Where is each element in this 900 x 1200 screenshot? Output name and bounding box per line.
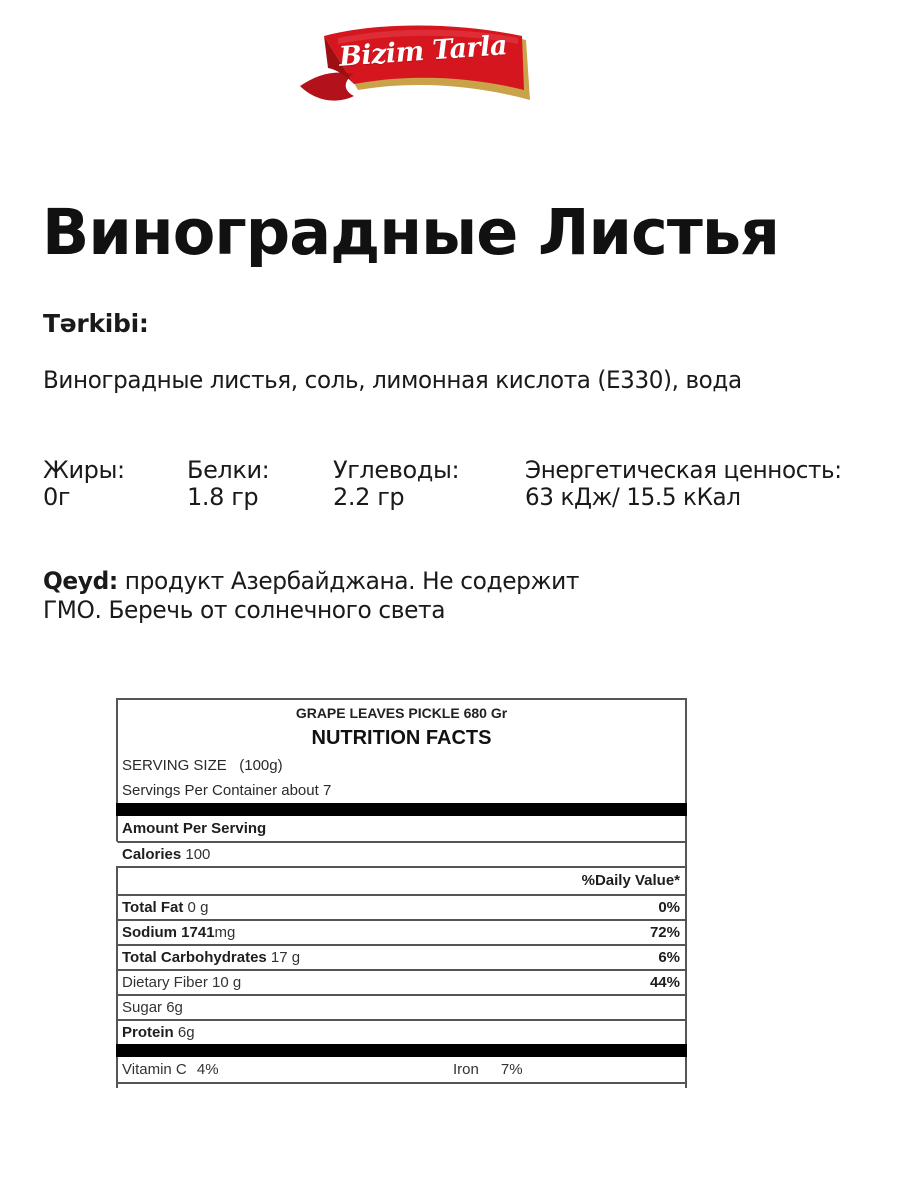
nutrient-row-dietary-fiber: Dietary Fiber 10 g 44% bbox=[116, 969, 687, 994]
daily-value-header: %Daily Value* bbox=[582, 868, 680, 894]
nutrient-daily-value: 0% bbox=[658, 896, 680, 919]
vitamins-row: Vitamin C 4% Iron7% bbox=[116, 1057, 687, 1082]
nutrient-row-sodium: Sodium 1741mg 72% bbox=[116, 919, 687, 944]
note-text: продукт Азербайджана. Не содержит ГМО. Б… bbox=[43, 567, 579, 624]
nutrient-name: Dietary Fiber 10 g bbox=[122, 974, 241, 991]
nutrient-row-sugar: Sugar 6g bbox=[116, 994, 687, 1019]
nutrient-row-total-fat: Total Fat 0 g 0% bbox=[116, 894, 687, 919]
nutrient-protein: Белки: 1.8 гр bbox=[187, 457, 269, 511]
nutrient-daily-value: 6% bbox=[658, 946, 680, 969]
nutrient-carbs: Углеводы: 2.2 гр bbox=[333, 457, 459, 511]
thick-divider bbox=[116, 803, 687, 816]
nutrient-label: Углеводы: bbox=[333, 457, 459, 484]
nutrient-value: 0г bbox=[43, 484, 125, 511]
nutrient-value: 2.2 гр bbox=[333, 484, 459, 511]
vitamin-c-label: Vitamin C bbox=[122, 1061, 187, 1078]
serving-size: SERVING SIZE (100g) bbox=[122, 757, 283, 774]
thick-divider bbox=[116, 1044, 687, 1057]
note-label: Qeyd: bbox=[43, 567, 118, 595]
product-line: GRAPE LEAVES PICKLE 680 Gr bbox=[118, 705, 685, 721]
brand-logo: Bizim Tarla bbox=[298, 24, 534, 106]
iron-value: 7% bbox=[501, 1061, 523, 1078]
nutrient-amount: 6g bbox=[174, 1024, 195, 1041]
nutrient-name: Protein bbox=[122, 1024, 174, 1041]
product-title: Виноградные Листья bbox=[42, 196, 779, 269]
daily-value-header-row: %Daily Value* bbox=[116, 866, 687, 894]
ingredients-text: Виноградные листья, соль, лимонная кисло… bbox=[43, 366, 742, 394]
nutrition-facts-header: GRAPE LEAVES PICKLE 680 Gr NUTRITION FAC… bbox=[116, 698, 687, 753]
nutrient-name: Sodium 1741 bbox=[122, 924, 215, 941]
product-note: Qeyd: продукт Азербайджана. Не содержит … bbox=[43, 567, 644, 625]
calories-label: Calories bbox=[122, 846, 181, 863]
nutrient-name: Sugar 6g bbox=[122, 999, 183, 1016]
nutrient-value: 1.8 гр bbox=[187, 484, 269, 511]
nutrient-energy: Энергетическая ценность: 63 кДж/ 15.5 кК… bbox=[525, 457, 842, 511]
nutrient-label: Энергетическая ценность: bbox=[525, 457, 842, 484]
panel-cutoff-edge bbox=[116, 1082, 687, 1088]
nutrient-row-protein: Protein 6g bbox=[116, 1019, 687, 1044]
amount-per-serving: Amount Per Serving bbox=[122, 820, 266, 837]
nutrient-label: Жиры: bbox=[43, 457, 125, 484]
nutrient-value: 63 кДж/ 15.5 кКал bbox=[525, 484, 842, 511]
nutrition-facts-panel: GRAPE LEAVES PICKLE 680 Gr NUTRITION FAC… bbox=[116, 698, 687, 1088]
nutrient-row-total-carbohydrates: Total Carbohydrates 17 g 6% bbox=[116, 944, 687, 969]
servings-per-container: Servings Per Container about 7 bbox=[122, 782, 331, 799]
amount-per-serving-row: Amount Per Serving bbox=[116, 816, 687, 841]
nutrient-amount: 0 g bbox=[183, 899, 208, 916]
nutrient-fat: Жиры: 0г bbox=[43, 457, 125, 511]
nutrient-amount: 17 g bbox=[267, 949, 300, 966]
vitamin-c-value: 4% bbox=[197, 1061, 219, 1078]
nutrient-daily-value: 72% bbox=[650, 921, 680, 944]
iron-label: Iron bbox=[453, 1061, 479, 1078]
servings-per-container-row: Servings Per Container about 7 bbox=[116, 778, 687, 803]
nutrient-daily-value: 44% bbox=[650, 971, 680, 994]
nutrition-facts-title: NUTRITION FACTS bbox=[118, 727, 685, 750]
calories-value: 100 bbox=[181, 846, 210, 863]
nutrient-name: Total Fat bbox=[122, 899, 183, 916]
ingredients-label: Tərkibi: bbox=[43, 309, 149, 338]
nutrient-name: Total Carbohydrates bbox=[122, 949, 267, 966]
calories-row: Calories 100 bbox=[116, 841, 687, 866]
nutrient-label: Белки: bbox=[187, 457, 269, 484]
serving-size-row: SERVING SIZE (100g) bbox=[116, 753, 687, 778]
iron-cell: Iron7% bbox=[453, 1057, 523, 1082]
nutrient-amount: mg bbox=[215, 924, 236, 941]
